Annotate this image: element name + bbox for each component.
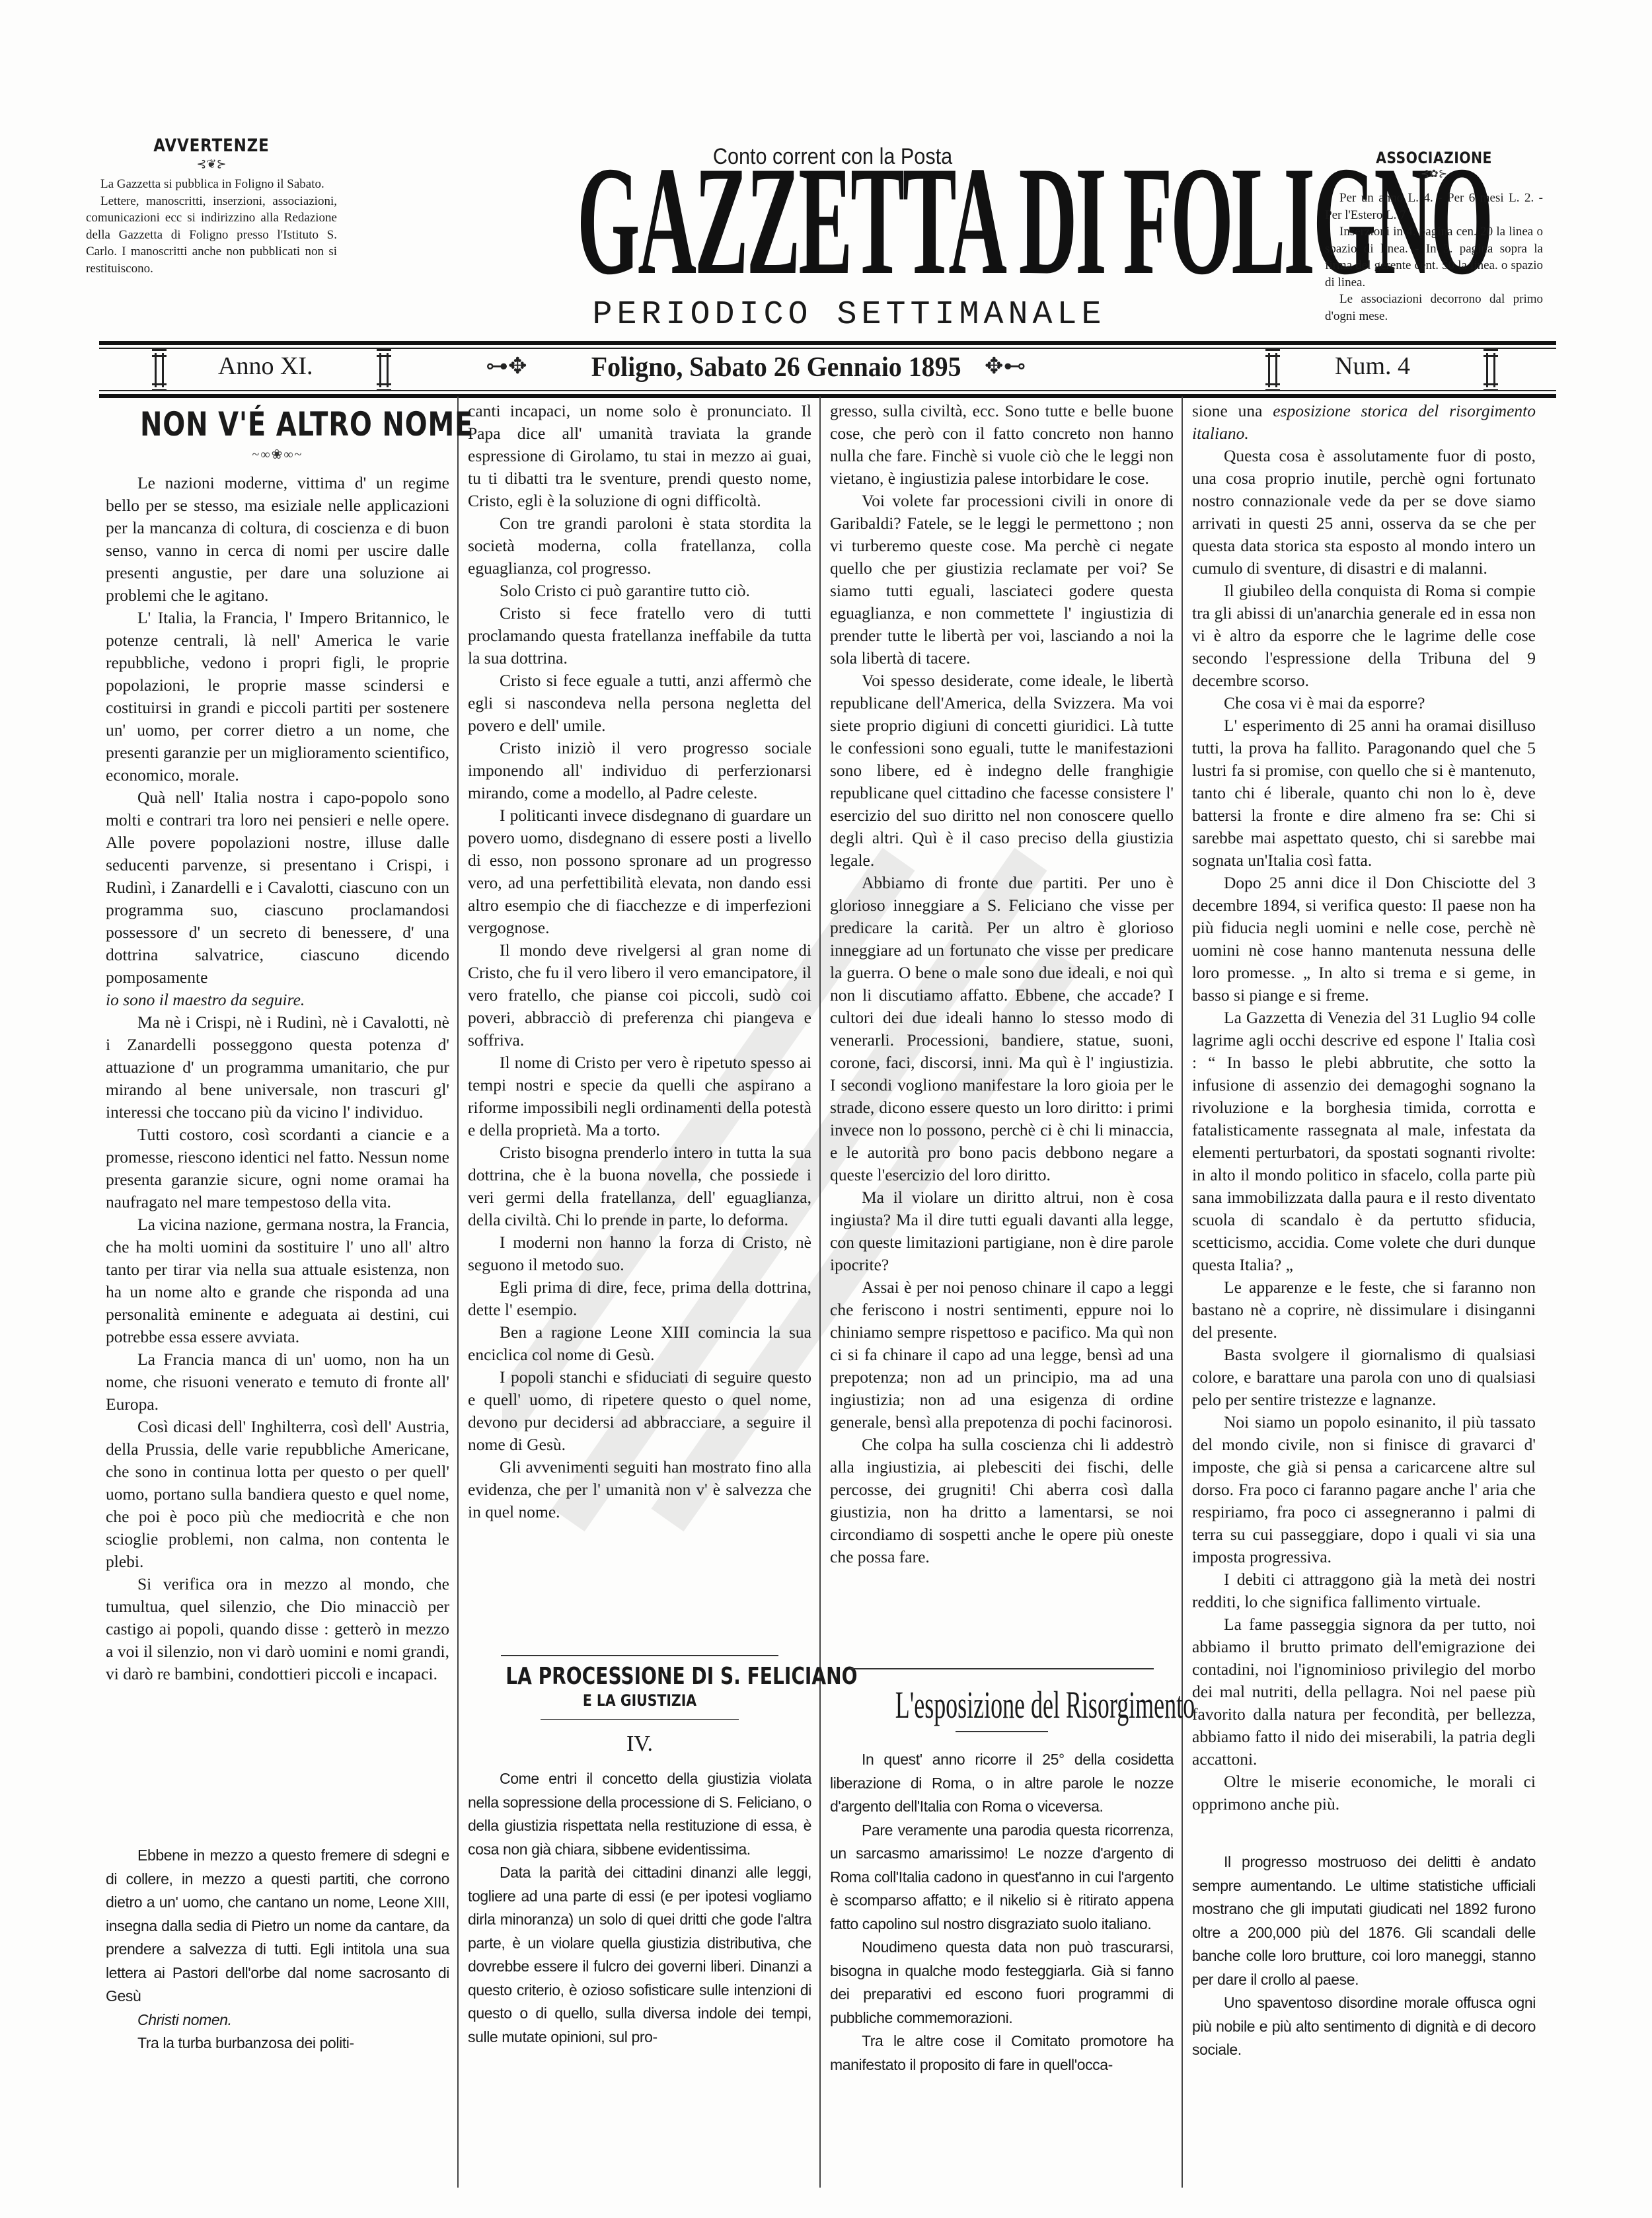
article-paragraph: Con tre grandi paroloni è stata stordita… <box>468 512 811 580</box>
article-paragraph: Voi volete far processioni civili in ono… <box>830 490 1174 669</box>
column-1: NON V'É ALTRO NOME ~∞❀∞~ Le nazioni mode… <box>106 400 449 1685</box>
article-paragraph: L' esperimento di 25 anni ha oramai disi… <box>1192 714 1536 872</box>
article-paragraph: Tra le altre cose il Comitato promotore … <box>830 2030 1174 2077</box>
article-paragraph: L' Italia, la Francia, l' Impero Britann… <box>106 607 449 786</box>
pillar-ornament-icon <box>1483 349 1498 391</box>
article-paragraph: Ma il violare un diritto altrui, non è c… <box>830 1186 1174 1276</box>
column-2-bottom: LA PROCESSIONE DI S. FELICIANO E LA GIUS… <box>468 1639 811 2049</box>
newspaper-page: AVVERTENZE ⊰❦⊱ La Gazzetta si pubblica i… <box>0 0 1652 2218</box>
article-paragraph: La fame passeggia signora da per tutto, … <box>1192 1613 1536 1771</box>
article-paragraph: Ebbene in mezzo a questo fremere di sdeg… <box>106 1844 449 2008</box>
article-paragraph: La Gazzetta di Venezia del 31 Luglio 94 … <box>1192 1007 1536 1276</box>
section-divider <box>541 1719 739 1720</box>
article-paragraph: Assai è per noi penoso chinare il capo a… <box>830 1276 1174 1434</box>
article-paragraph: Ma nè i Crispi, nè i Rudinì, nè i Cavalo… <box>106 1011 449 1124</box>
avvertenze-title: AVVERTENZE <box>105 135 319 156</box>
article-headline: LA PROCESSIONE DI S. FELICIANO <box>506 1663 774 1690</box>
article-paragraph: Pare veramente una parodia questa ricorr… <box>830 1819 1174 1936</box>
article-paragraph: Dopo 25 anni dice il Don Chisciotte del … <box>1192 872 1536 1007</box>
article-paragraph: Il mondo deve rivelgersi al gran nome di… <box>468 939 811 1052</box>
avvertenze-box: AVVERTENZE ⊰❦⊱ La Gazzetta si pubblica i… <box>86 135 337 277</box>
ornament-icon: ⊰❦⊱ <box>86 157 337 171</box>
article-quote: Christi nomen. <box>106 2008 449 2032</box>
article-paragraph: Si verifica ora in mezzo al mondo, che t… <box>106 1573 449 1685</box>
article-paragraph: Cristo si fece fratello vero di tutti pr… <box>468 602 811 669</box>
article-paragraph: I moderni non hanno la forza di Cristo, … <box>468 1231 811 1276</box>
newspaper-subtitle: PERIODICO SETTIMANALE <box>370 296 1328 334</box>
section-divider <box>501 1655 778 1656</box>
article-paragraph: Ben a ragione Leone XIII comincia la sua… <box>468 1321 811 1366</box>
article-paragraph: La vicina nazione, germana nostra, la Fr… <box>106 1213 449 1348</box>
issue-date: Foligno, Sabato 26 Gennaio 1895 <box>591 352 961 383</box>
article-subheadline: E LA GIUSTIZIA <box>494 1691 786 1710</box>
article-paragraph: Che colpa ha sulla coscienza chi li adde… <box>830 1434 1174 1568</box>
column-3: gresso, sulla civiltà, ecc. Sono tutte e… <box>830 400 1174 1568</box>
article-paragraph: Egli prima di dire, fece, prima della do… <box>468 1276 811 1321</box>
article-paragraph: Che cosa vi è mai da esporre? <box>1192 692 1536 714</box>
article-paragraph: Basta svolgere il giornalismo di qualsia… <box>1192 1344 1536 1411</box>
article-headline: L'esposizione del Risorgimento <box>895 1683 1108 1727</box>
article-paragraph: Le nazioni moderne, vittima d' un regime… <box>106 472 449 607</box>
column-4-bottom: Il progresso mostruoso dei delitti è and… <box>1192 1851 1536 2062</box>
article-quote: io sono il maestro da seguire. <box>106 989 449 1011</box>
article-paragraph: Gli avvenimenti seguiti han mostrato fin… <box>468 1456 811 1523</box>
column-2: canti incapaci, un nome solo è pronuncia… <box>468 400 811 1523</box>
article-paragraph: Quà nell' Italia nostra i capo-popolo so… <box>106 786 449 989</box>
dateline-bar: Anno XI. ⊶✥ Foligno, Sabato 26 Gennaio 1… <box>99 344 1553 397</box>
ornament-icon: ~∞❀∞~ <box>106 446 449 463</box>
flourish-left-icon: ⊶✥ <box>486 353 527 379</box>
article-paragraph: Questa cosa è assolutamente fuor di post… <box>1192 445 1536 580</box>
associazione-text: Inserzioni in 4. pagina cen. 20 la linea… <box>1325 223 1543 291</box>
article-paragraph: Voi spesso desiderate, come ideale, le l… <box>830 669 1174 872</box>
article-paragraph: Noi siamo un popolo esinanito, il più ta… <box>1192 1411 1536 1568</box>
article-paragraph: In quest' anno ricorre il 25° della cosi… <box>830 1748 1174 1819</box>
associazione-title: ASSOCIAZIONE <box>1341 149 1527 167</box>
article-paragraph: Solo Cristo ci può garantire tutto ciò. <box>468 580 811 602</box>
column-divider <box>819 397 821 2188</box>
issue-number: Num. 4 <box>1335 352 1410 381</box>
article-paragraph: Come entri il concetto della giustizia v… <box>468 1767 811 1861</box>
pillar-ornament-icon <box>377 349 391 391</box>
column-divider <box>457 397 459 2188</box>
article-paragraph: I politicanti invece disdegnano di guard… <box>468 804 811 939</box>
article-paragraph: I popoli stanchi e sfiduciati di seguire… <box>468 1366 811 1456</box>
article-paragraph: Cristo iniziò il vero progresso sociale … <box>468 737 811 804</box>
article-paragraph: Data la parità dei cittadini dinanzi all… <box>468 1861 811 2049</box>
anno-label: Anno XI. <box>218 352 313 381</box>
column-divider <box>1182 397 1183 2188</box>
article-paragraph: sione una esposizione storica del risorg… <box>1192 400 1536 445</box>
column-1-bottom: Ebbene in mezzo a questo fremere di sdeg… <box>106 1844 449 2055</box>
flourish-right-icon: ✥⊷ <box>985 353 1026 379</box>
article-paragraph: canti incapaci, un nome solo è pronuncia… <box>468 400 811 512</box>
article-paragraph: I debiti ci attraggono già la metà dei n… <box>1192 1568 1536 1613</box>
column-3-bottom: L'esposizione del Risorgimento In quest'… <box>830 1652 1174 2077</box>
article-paragraph: Noudimeno questa data non può trascurars… <box>830 1936 1174 2030</box>
pillar-ornament-icon <box>1265 349 1280 391</box>
section-divider <box>850 1668 1154 1669</box>
newspaper-title: GAZZETTA DI FOLIGNO <box>577 165 1075 271</box>
article-paragraph: Tra la turba burbanzosa dei politi- <box>106 2032 449 2055</box>
associazione-text: Per un anno L. 4. - Per 6 mesi L. 2. - P… <box>1325 190 1543 223</box>
ornament-icon: ⊰✿⊱ <box>1325 167 1543 180</box>
article-paragraph: Le apparenze e le feste, che si faranno … <box>1192 1276 1536 1344</box>
article-paragraph: Oltre le miserie economiche, le morali c… <box>1192 1771 1536 1816</box>
article-paragraph: Il giubileo della conquista di Roma si c… <box>1192 580 1536 692</box>
associazione-box: ASSOCIAZIONE ⊰✿⊱ Per un anno L. 4. - Per… <box>1325 149 1543 325</box>
article-paragraph: Abbiamo di fronte due partiti. Per uno è… <box>830 872 1174 1186</box>
associazione-text: Le associazioni decorrono dal primo d'og… <box>1325 291 1543 325</box>
article-part-number: IV. <box>468 1732 811 1757</box>
pillar-ornament-icon <box>152 349 167 391</box>
article-paragraph: gresso, sulla civiltà, ecc. Sono tutte e… <box>830 400 1174 490</box>
article-paragraph: La Francia manca di un' uomo, non ha un … <box>106 1348 449 1416</box>
article-paragraph: Cristo bisogna prenderlo intero in tutta… <box>468 1141 811 1231</box>
article-paragraph: Uno spaventoso disordine morale offusca … <box>1192 1991 1536 2062</box>
article-paragraph: Così dicasi dell' Inghilterra, così dell… <box>106 1416 449 1573</box>
article-paragraph: Il nome di Cristo per vero è ripetuto sp… <box>468 1052 811 1141</box>
article-paragraph: Cristo si fece eguale a tutti, anzi affe… <box>468 669 811 737</box>
article-paragraph: Tutti costoro, così scordanti a ciancie … <box>106 1124 449 1213</box>
avvertenze-text: La Gazzetta si pubblica in Foligno il Sa… <box>86 176 337 193</box>
column-4: sione una esposizione storica del risorg… <box>1192 400 1536 1816</box>
article-headline: NON V'É ALTRO NOME <box>140 405 415 443</box>
avvertenze-text: Lettere, manoscritti, inserzioni, associ… <box>86 193 337 278</box>
section-divider <box>956 1731 1048 1732</box>
article-paragraph: Il progresso mostruoso dei delitti è and… <box>1192 1851 1536 1991</box>
